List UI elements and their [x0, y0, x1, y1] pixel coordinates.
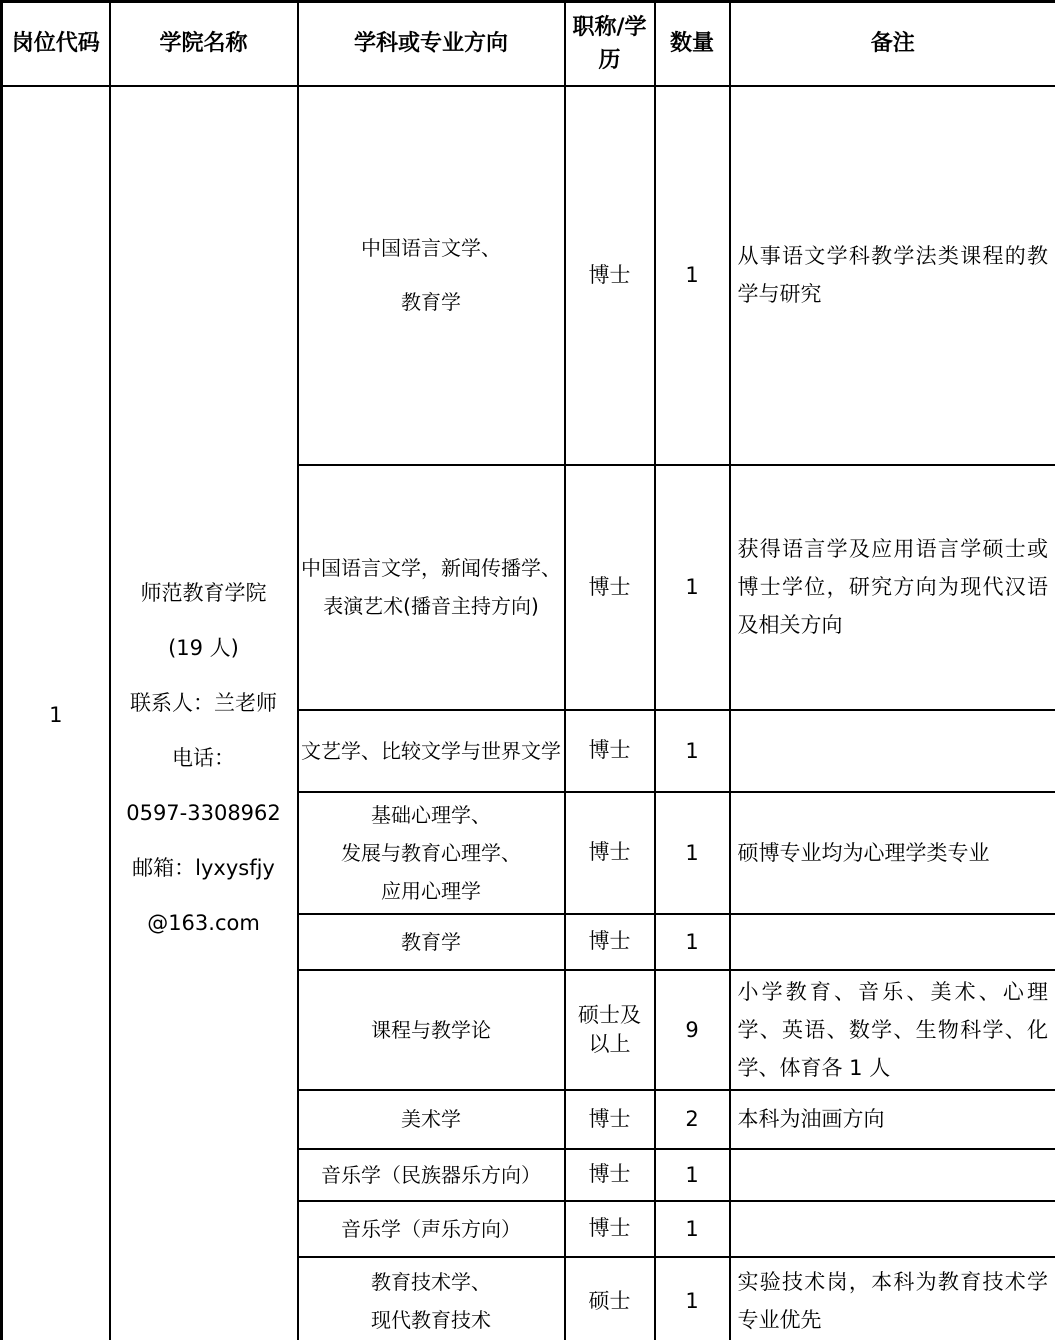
degree-cell: 博士 — [565, 1090, 655, 1149]
header-count: 数量 — [655, 2, 730, 86]
major-line: 教育技术学、 — [299, 1263, 564, 1301]
remark-cell — [730, 914, 1055, 970]
header-remark: 备注 — [730, 2, 1055, 86]
header-degree: 职称/学历 — [565, 2, 655, 86]
degree-line: 博士 — [566, 838, 654, 867]
major-line: 教育学 — [299, 923, 564, 961]
college-line: @163.com — [111, 896, 297, 951]
major-line: 美术学 — [299, 1100, 564, 1138]
remark-cell: 获得语言学及应用语言学硕士或博士学位，研究方向为现代汉语及相关方向 — [730, 465, 1055, 710]
count-cell: 1 — [655, 86, 730, 465]
major-cell: 音乐学（声乐方向） — [298, 1201, 565, 1257]
recruitment-document-page: 岗位代码 学院名称 学科或专业方向 职称/学历 数量 备注 1师范教育学院(19… — [0, 0, 1055, 1340]
count-cell: 1 — [655, 1257, 730, 1340]
major-cell: 教育技术学、现代教育技术 — [298, 1257, 565, 1340]
degree-cell: 博士 — [565, 710, 655, 792]
major-cell: 美术学 — [298, 1090, 565, 1149]
college-line: 电话： — [111, 731, 297, 786]
major-cell: 课程与教学论 — [298, 970, 565, 1090]
major-line: 现代教育技术 — [299, 1301, 564, 1339]
remark-cell: 本科为油画方向 — [730, 1090, 1055, 1149]
remark-cell: 实验技术岗，本科为教育技术学专业优先 — [730, 1257, 1055, 1340]
count-cell: 1 — [655, 914, 730, 970]
header-position-code: 岗位代码 — [2, 2, 110, 86]
major-line: 表演艺术(播音主持方向) — [299, 587, 564, 625]
major-line: 文艺学、比较文学与世界文学 — [299, 732, 564, 770]
major-line: 教育学 — [299, 275, 564, 329]
count-cell: 1 — [655, 1149, 730, 1201]
header-row: 岗位代码 学院名称 学科或专业方向 职称/学历 数量 备注 — [2, 2, 1055, 86]
remark-cell — [730, 1201, 1055, 1257]
header-major: 学科或专业方向 — [298, 2, 565, 86]
major-cell: 中国语言文学，新闻传播学、表演艺术(播音主持方向) — [298, 465, 565, 710]
count-cell: 1 — [655, 792, 730, 914]
major-cell: 文艺学、比较文学与世界文学 — [298, 710, 565, 792]
degree-cell: 硕士及以上 — [565, 970, 655, 1090]
degree-line: 博士 — [566, 573, 654, 602]
degree-line: 以上 — [566, 1030, 654, 1059]
degree-cell: 博士 — [565, 792, 655, 914]
count-cell: 2 — [655, 1090, 730, 1149]
degree-line: 博士 — [566, 1214, 654, 1243]
degree-cell: 博士 — [565, 1201, 655, 1257]
degree-cell: 博士 — [565, 465, 655, 710]
remark-cell: 从事语文学科教学法类课程的教学与研究 — [730, 86, 1055, 465]
major-line: 中国语言文学，新闻传播学、 — [299, 549, 564, 587]
count-cell: 1 — [655, 465, 730, 710]
degree-cell: 博士 — [565, 914, 655, 970]
major-cell: 基础心理学、发展与教育心理学、应用心理学 — [298, 792, 565, 914]
college-line: 联系人：兰老师 — [111, 676, 297, 731]
remark-cell — [730, 1149, 1055, 1201]
remark-cell — [730, 710, 1055, 792]
major-line: 音乐学（民族器乐方向） — [299, 1156, 564, 1194]
recruitment-table: 岗位代码 学院名称 学科或专业方向 职称/学历 数量 备注 1师范教育学院(19… — [0, 0, 1055, 1340]
degree-line: 博士 — [566, 261, 654, 290]
degree-line: 硕士及 — [566, 1001, 654, 1030]
degree-line: 博士 — [566, 927, 654, 956]
degree-cell: 硕士 — [565, 1257, 655, 1340]
count-cell: 9 — [655, 970, 730, 1090]
major-line: 课程与教学论 — [299, 1011, 564, 1049]
remark-cell: 硕博专业均为心理学类专业 — [730, 792, 1055, 914]
degree-line: 博士 — [566, 1160, 654, 1189]
table-row: 1师范教育学院(19 人)联系人：兰老师电话：0597-3308962邮箱：ly… — [2, 86, 1055, 465]
degree-line: 硕士 — [566, 1287, 654, 1316]
major-line: 应用心理学 — [299, 872, 564, 910]
major-cell: 教育学 — [298, 914, 565, 970]
major-cell: 中国语言文学、教育学 — [298, 86, 565, 465]
college-line: 师范教育学院 — [111, 566, 297, 621]
major-cell: 音乐学（民族器乐方向） — [298, 1149, 565, 1201]
degree-line: 博士 — [566, 1105, 654, 1134]
major-line: 发展与教育心理学、 — [299, 834, 564, 872]
count-cell: 1 — [655, 710, 730, 792]
college-line: 邮箱：lyxysfjy — [111, 841, 297, 896]
major-line: 中国语言文学、 — [299, 221, 564, 275]
degree-cell: 博士 — [565, 1149, 655, 1201]
college-cell: 师范教育学院(19 人)联系人：兰老师电话：0597-3308962邮箱：lyx… — [110, 86, 298, 1340]
major-line: 基础心理学、 — [299, 796, 564, 834]
college-line: (19 人) — [111, 621, 297, 676]
major-line: 音乐学（声乐方向） — [299, 1210, 564, 1248]
college-line: 0597-3308962 — [111, 786, 297, 841]
position-code-cell: 1 — [2, 86, 110, 1340]
header-college-name: 学院名称 — [110, 2, 298, 86]
remark-cell: 小学教育、音乐、美术、心理学、英语、数学、生物科学、化学、体育各 1 人 — [730, 970, 1055, 1090]
degree-cell: 博士 — [565, 86, 655, 465]
count-cell: 1 — [655, 1201, 730, 1257]
degree-line: 博士 — [566, 736, 654, 765]
